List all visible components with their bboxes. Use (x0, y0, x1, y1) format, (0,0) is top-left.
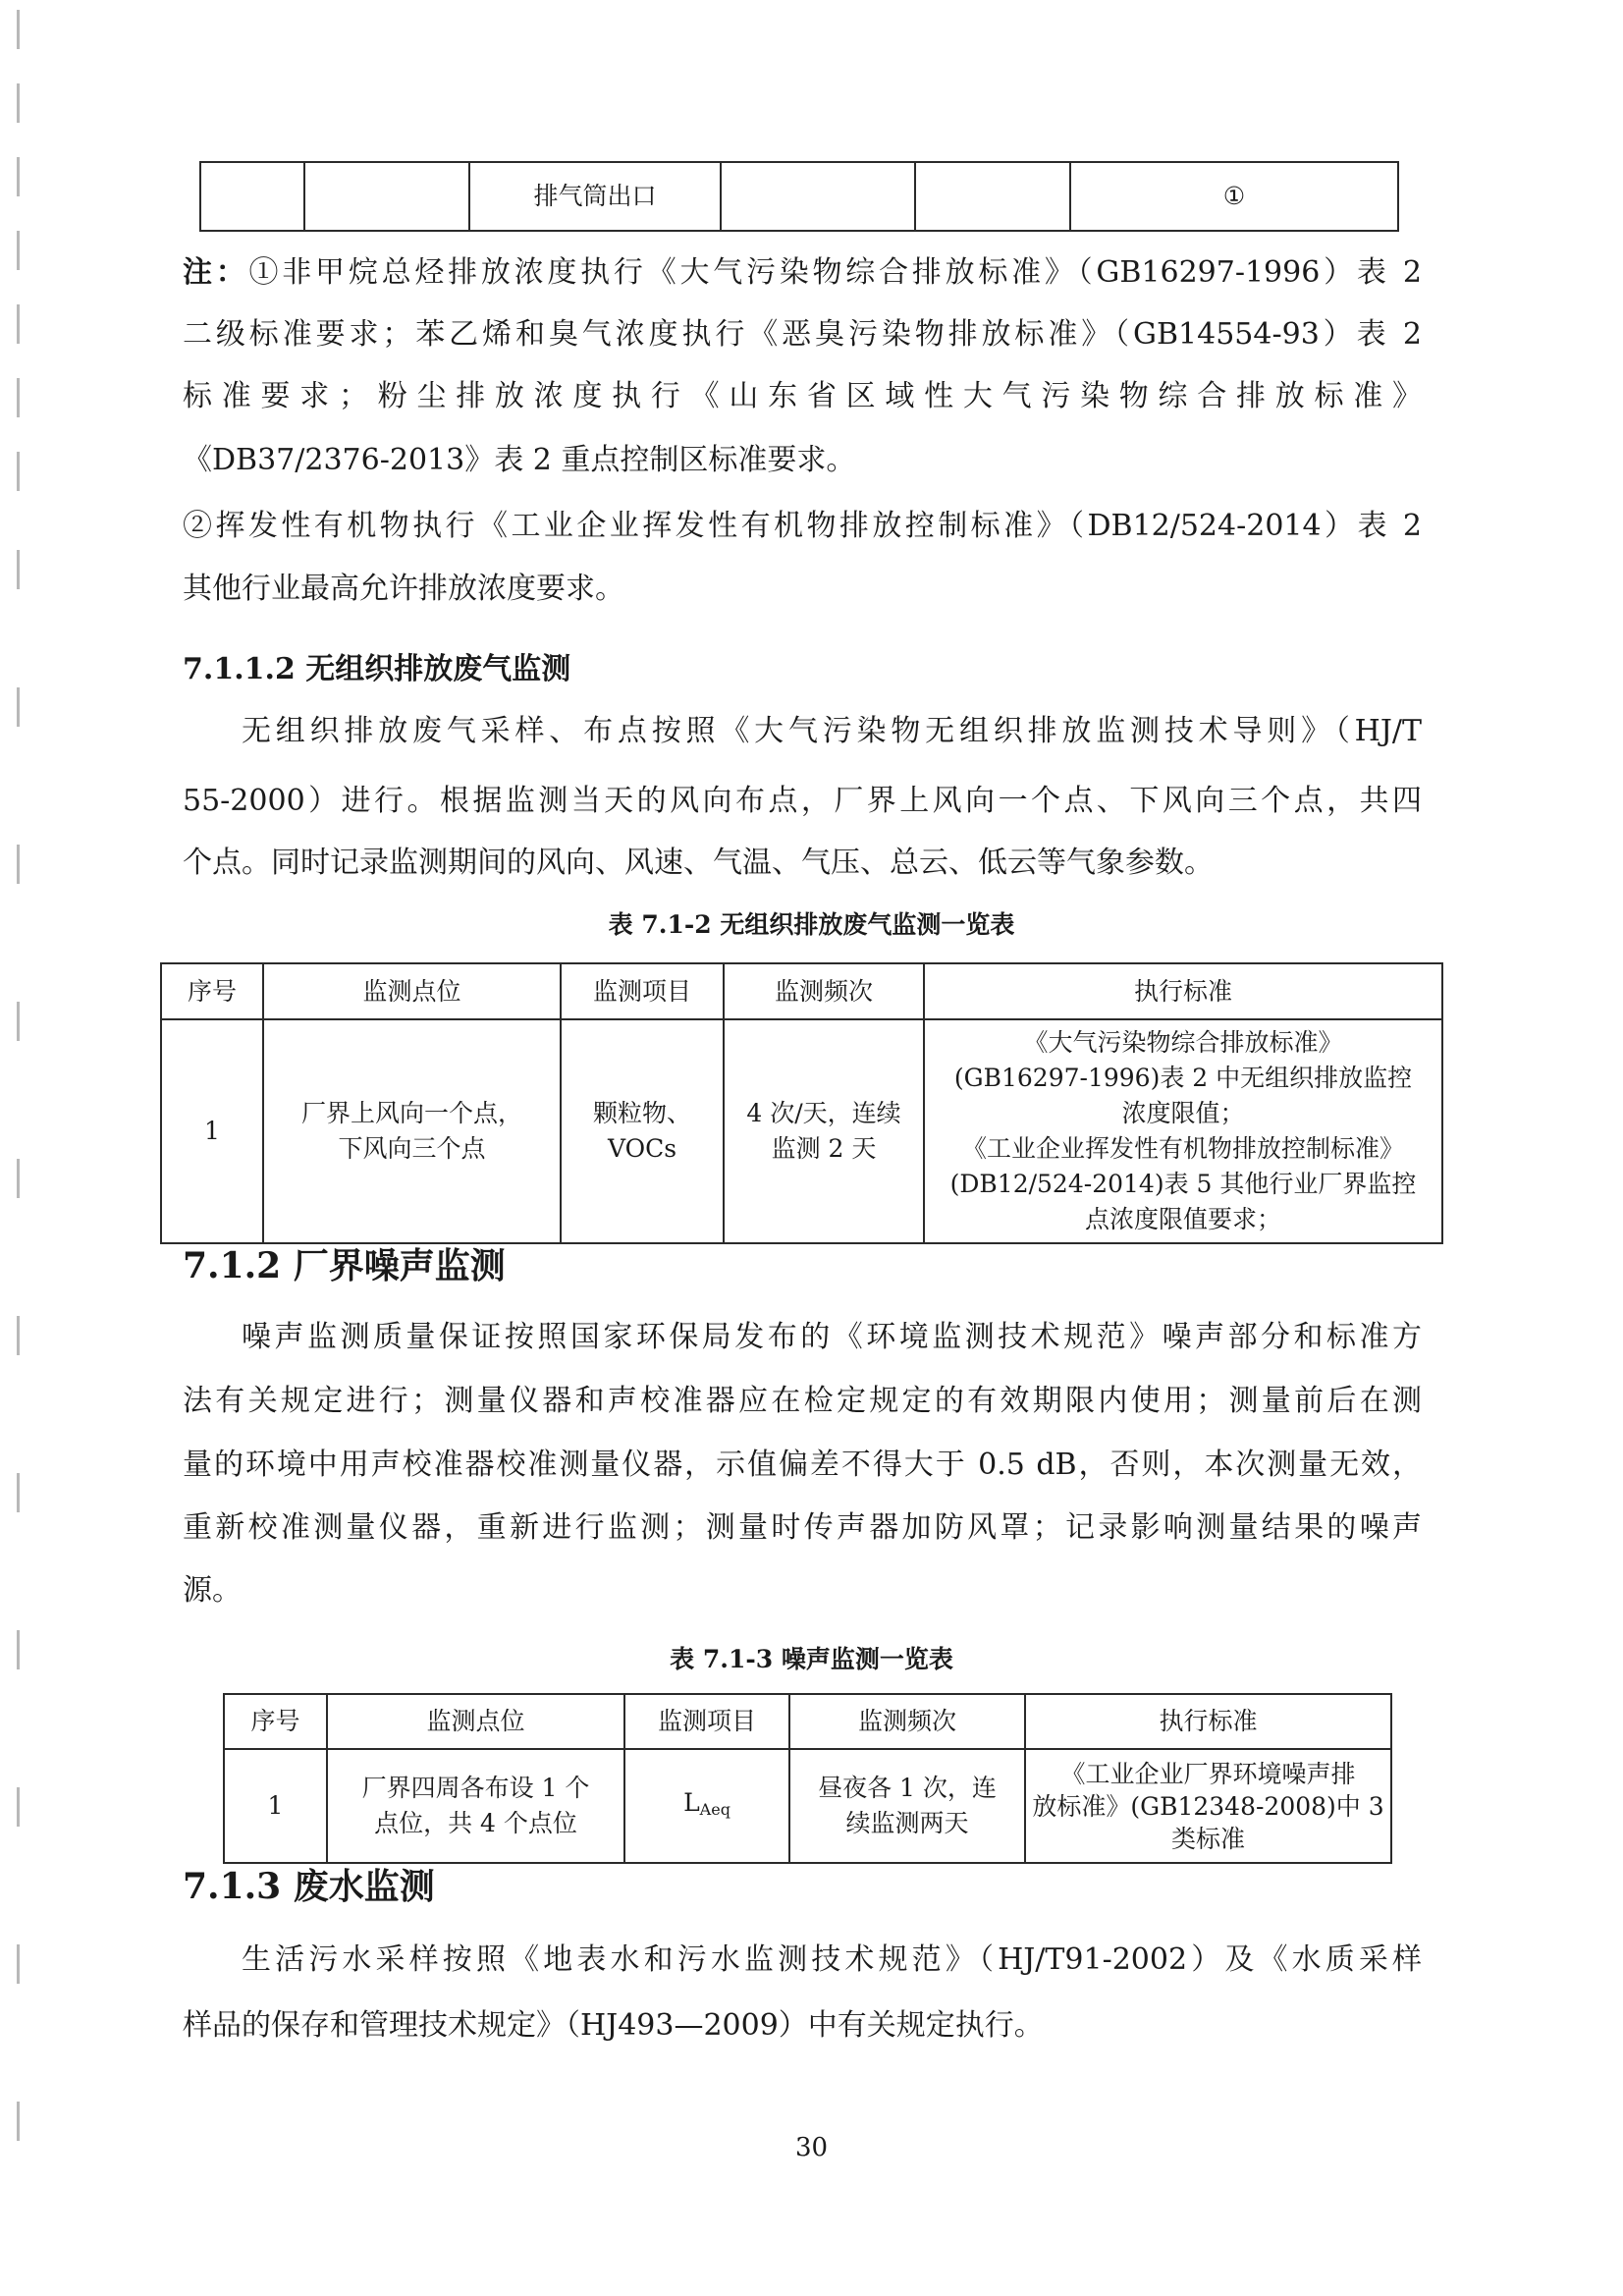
note-line: 《DB37/2376-2013》表 2 重点控制区标准要求。 (183, 441, 1422, 480)
scan-edge-mark (17, 550, 20, 589)
paragraph-line: 法有关规定进行；测量仪器和声校准器应在检定规定的有效期限内使用；测量前后在测 (183, 1382, 1422, 1421)
cell-location: 厂界四周各布设 1 个 点位，共 4 个点位 (327, 1749, 624, 1863)
scan-edge-mark (17, 1473, 20, 1512)
scan-edge-mark (17, 1316, 20, 1355)
cell-no: 1 (224, 1749, 327, 1863)
paragraph-line: 生活污水采样按照《地表水和污水监测技术规范》（HJ/T91-2002）及《水质采… (242, 1941, 1422, 1980)
header-cell: 监测点位 (263, 963, 561, 1019)
paragraph-line: 个点。同时记录监测期间的风向、风速、气温、气压、总云、低云等气象参数。 (183, 844, 1422, 883)
paragraph-line: 无组织排放废气采样、布点按照《大气污染物无组织排放监测技术导则》（HJ/T (242, 712, 1422, 751)
cell-text: (DB12/524-2014)表 5 其他行业厂界监控 (929, 1167, 1437, 1202)
scan-edge-mark (17, 1787, 20, 1827)
cell-text: 点浓度限值要求； (929, 1202, 1437, 1237)
paragraph-line: 源。 (183, 1571, 1422, 1611)
scan-edge-mark (17, 452, 20, 491)
header-cell: 监测项目 (624, 1694, 789, 1749)
cell-standard: 《工业企业厂界环境噪声排 放标准》(GB12348-2008)中 3 类标准 (1025, 1749, 1391, 1863)
note-line: 注：①非甲烷总烃排放浓度执行《大气污染物综合排放标准》（GB16297-1996… (183, 253, 1422, 293)
cell-text: 下风向三个点 (268, 1131, 556, 1167)
cell-text: 《工业企业厂界环境噪声排 (1030, 1758, 1386, 1790)
cell-no: 1 (161, 1019, 263, 1243)
table-row: 1 厂界上风向一个点， 下风向三个点 颗粒物、 VOCs 4 次/天，连续 监测… (161, 1019, 1442, 1243)
note-line: 其他行业最高允许排放浓度要求。 (183, 570, 1422, 609)
note-text: ①非甲烷总烃排放浓度执行《大气污染物综合排放标准》（GB16297-1996）表… (249, 255, 1422, 290)
cell-text: 监测 2 天 (729, 1131, 919, 1167)
cell-text: 颗粒物、 (566, 1096, 719, 1131)
scan-edge-mark (17, 845, 20, 884)
paragraph-line: 噪声监测质量保证按照国家环保局发布的《环境监测技术规范》噪声部分和标准方 (242, 1318, 1422, 1357)
scan-edge-mark (17, 378, 20, 417)
cell-subscript: Aeq (700, 1800, 730, 1819)
scan-edge-mark (17, 231, 20, 270)
cell-standard: 《大气污染物综合排放标准》 (GB16297-1996)表 2 中无组织排放监控… (924, 1019, 1442, 1243)
header-cell: 监测项目 (561, 963, 724, 1019)
table-cell (721, 162, 915, 231)
cell-frequency: 昼夜各 1 次，连 续监测两天 (789, 1749, 1025, 1863)
scan-edge-mark (17, 687, 20, 727)
table-cell (915, 162, 1070, 231)
scan-edge-mark (17, 10, 20, 49)
cell-text: 昼夜各 1 次，连 (794, 1771, 1020, 1806)
header-cell: 序号 (224, 1694, 327, 1749)
table-7-1-2: 序号 监测点位 监测项目 监测频次 执行标准 1 厂界上风向一个点， 下风向三个… (160, 962, 1443, 1244)
table-header-row: 序号 监测点位 监测项目 监测频次 执行标准 (161, 963, 1442, 1019)
paragraph-line: 样品的保存和管理技术规定》（HJ493—2009）中有关规定执行。 (183, 2006, 1422, 2046)
note-line: 标准要求；粉尘排放浓度执行《山东省区域性大气污染物综合排放标准》 (183, 377, 1422, 416)
paragraph-line: 量的环境中用声校准器校准测量仪器，示值偏差不得大于 0.5 dB，否则，本次测量… (183, 1446, 1422, 1485)
cell-text: 浓度限值； (929, 1096, 1437, 1131)
cell-text: 类标准 (1030, 1823, 1386, 1855)
header-cell: 监测频次 (724, 963, 924, 1019)
table-caption-7-1-2: 表 7.1-2 无组织排放废气监测一览表 (0, 905, 1623, 941)
cell-items: 颗粒物、 VOCs (561, 1019, 724, 1243)
header-cell: 执行标准 (924, 963, 1442, 1019)
note-line: ②挥发性有机物执行《工业企业挥发性有机物排放控制标准》（DB12/524-201… (183, 507, 1422, 546)
cell-location: 厂界上风向一个点， 下风向三个点 (263, 1019, 561, 1243)
scan-edge-mark (17, 1002, 20, 1041)
header-cell: 监测点位 (327, 1694, 624, 1749)
cell-items: LAeq (624, 1749, 789, 1863)
scan-edge-mark (17, 1159, 20, 1198)
note-line: 二级标准要求；苯乙烯和臭气浓度执行《恶臭污染物排放标准》（GB14554-93）… (183, 315, 1422, 355)
scan-edge-mark (17, 304, 20, 344)
cell-text: VOCs (566, 1131, 719, 1167)
cell-text: 续监测两天 (794, 1806, 1020, 1841)
cell-text: L (683, 1788, 700, 1817)
table-cell (304, 162, 469, 231)
table-caption-7-1-3: 表 7.1-3 噪声监测一览表 (0, 1640, 1623, 1675)
table-7-1-3: 序号 监测点位 监测项目 监测频次 执行标准 1 厂界四周各布设 1 个 点位，… (223, 1693, 1392, 1864)
scan-edge-mark (17, 1944, 20, 1984)
cell-text: 点位，共 4 个点位 (332, 1806, 620, 1841)
table-header-row: 序号 监测点位 监测项目 监测频次 执行标准 (224, 1694, 1391, 1749)
scan-edge-mark (17, 83, 20, 123)
table-7-1-1-continuation: 排气筒出口 ① (199, 161, 1399, 232)
header-cell: 执行标准 (1025, 1694, 1391, 1749)
header-cell: 序号 (161, 963, 263, 1019)
cell-text: (GB16297-1996)表 2 中无组织排放监控 (929, 1061, 1437, 1096)
cell-text: 厂界上风向一个点， (268, 1096, 556, 1131)
cell-text: 4 次/天，连续 (729, 1096, 919, 1131)
page-number: 30 (0, 2133, 1623, 2162)
table-cell-location: 排气筒出口 (469, 162, 721, 231)
table-cell (200, 162, 304, 231)
table-cell-standard-ref: ① (1070, 162, 1398, 231)
header-cell: 监测频次 (789, 1694, 1025, 1749)
paragraph-line: 重新校准测量仪器，重新进行监测；测量时传声器加防风罩；记录影响测量结果的噪声 (183, 1508, 1422, 1548)
section-heading-7-1-1-2: 7.1.1.2 无组织排放废气监测 (183, 650, 1422, 689)
paragraph-line: 55-2000）进行。根据监测当天的风向布点，厂界上风向一个点、下风向三个点，共… (183, 782, 1422, 821)
note-label: 注： (183, 255, 249, 290)
cell-text: 《工业企业挥发性有机物排放控制标准》 (929, 1131, 1437, 1167)
cell-text: 放标准》(GB12348-2008)中 3 (1030, 1790, 1386, 1823)
section-heading-7-1-3: 7.1.3 废水监测 (183, 1864, 1422, 1909)
scan-edge-mark (17, 157, 20, 196)
cell-text: 《大气污染物综合排放标准》 (929, 1025, 1437, 1061)
cell-frequency: 4 次/天，连续 监测 2 天 (724, 1019, 924, 1243)
table-row: 1 厂界四周各布设 1 个 点位，共 4 个点位 LAeq 昼夜各 1 次，连 … (224, 1749, 1391, 1863)
section-heading-7-1-2: 7.1.2 厂界噪声监测 (183, 1243, 1422, 1288)
table-row: 排气筒出口 ① (200, 162, 1398, 231)
cell-text: 厂界四周各布设 1 个 (332, 1771, 620, 1806)
